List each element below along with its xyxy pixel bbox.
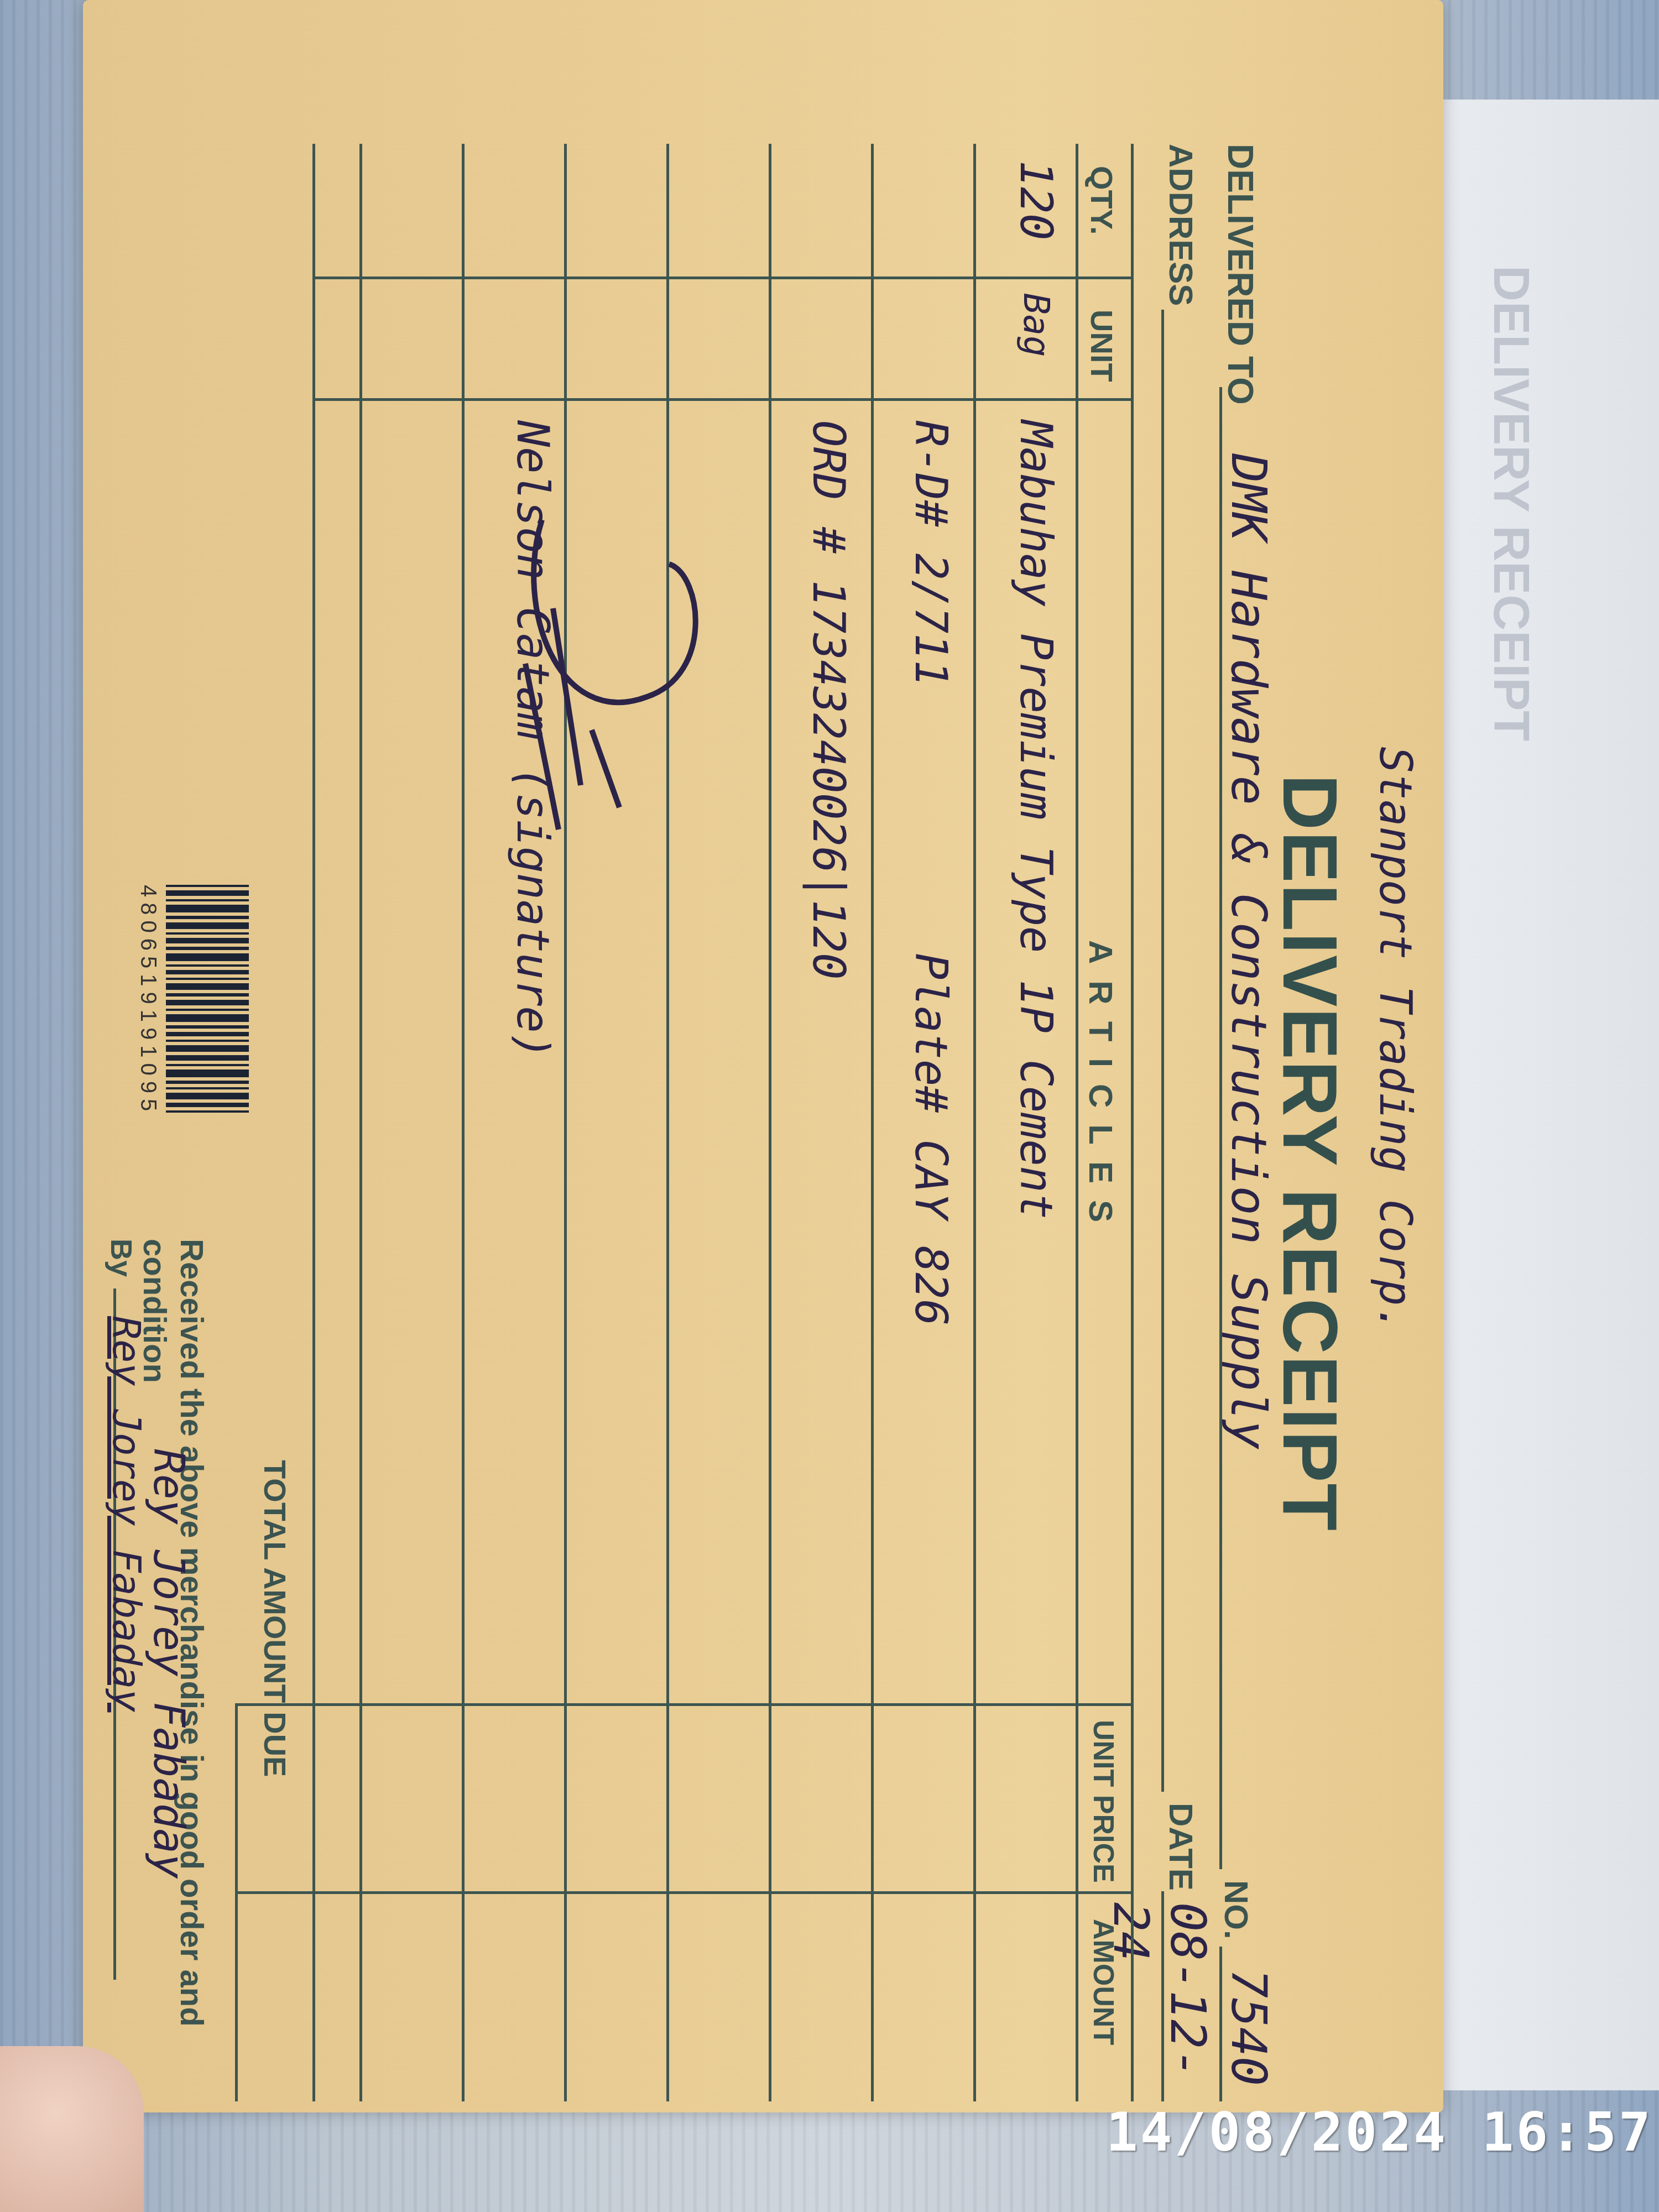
table-header-border [1076, 144, 1078, 2101]
row-3-article[interactable]: ORD # 17343240026|120 [803, 420, 854, 979]
row-line [871, 144, 874, 2101]
row-line [973, 144, 976, 2101]
delivered-to-value[interactable]: DMK Hardware & Construction Supply [1220, 453, 1277, 1449]
row-line [312, 144, 315, 2101]
barcode [166, 885, 249, 1116]
date-label: DATE [1162, 1803, 1200, 1891]
header-qty: QTY. [1084, 166, 1120, 234]
company-name-handwritten: Stanport Trading Corp. [1370, 747, 1421, 1333]
underlying-page: DELIVERY RECEIPT [1416, 100, 1659, 2090]
ghost-text: DELIVERY RECEIPT [1482, 265, 1539, 741]
delivery-receipt: Stanport Trading Corp. DELIVERY RECEIPT … [83, 0, 1443, 2112]
col-divider [315, 276, 1134, 279]
receipt-title: DELIVERY RECEIPT [1265, 774, 1355, 1532]
col-divider [238, 1703, 1134, 1706]
col-divider [238, 1891, 1134, 1894]
row-line [769, 144, 771, 2101]
receipt-number[interactable]: 7540 [1220, 1969, 1277, 2086]
delivered-to-label: DELIVERED TO [1220, 144, 1261, 405]
barcode-number: 4806519191095 [135, 885, 160, 1117]
received-by-signature: Rey Jorey Fabaday [144, 1449, 194, 1879]
row-5-article[interactable]: Nelson Catam (signature) [507, 420, 559, 1060]
header-unit: UNIT [1084, 310, 1120, 382]
row-2-article[interactable]: R-D# 2/711 Plate# CAY 826 [905, 420, 957, 1326]
row-line [462, 144, 465, 2101]
photo-timestamp: 14/08/2024 16:57 [1106, 2101, 1653, 2163]
total-label: TOTAL AMOUNT DUE [257, 1460, 293, 1777]
received-by-name[interactable]: Rey Jorey Fabaday [104, 1316, 149, 1712]
col-divider [315, 398, 1134, 401]
address-line [1161, 310, 1164, 1792]
address-label: ADDRESS [1162, 144, 1200, 306]
no-label: NO. [1217, 1880, 1255, 1939]
header-articles: ARTICLES [1082, 940, 1120, 1239]
thumb [0, 2046, 144, 2212]
header-unit-price: UNIT PRICE [1087, 1720, 1120, 1883]
header-amount: AMOUNT [1087, 1919, 1120, 2045]
receipt-sheet: Stanport Trading Corp. DELIVERY RECEIPT … [83, 0, 1443, 2112]
row-1-qty[interactable]: 120 [1010, 160, 1062, 241]
row-1-unit[interactable]: Bag [1015, 293, 1056, 357]
by-label: By [104, 1239, 138, 1277]
row-line [359, 144, 362, 2101]
row-line [666, 144, 669, 2101]
row-1-article[interactable]: Mabuhay Premium Type 1P Cement [1010, 420, 1062, 1219]
table-top-border [1131, 144, 1134, 2101]
total-box-bottom [235, 1703, 238, 2101]
row-line [564, 144, 567, 2101]
